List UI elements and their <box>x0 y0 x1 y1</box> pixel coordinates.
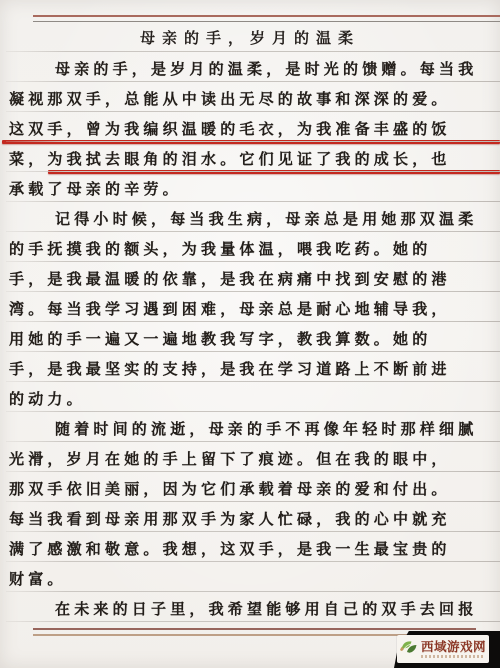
essay-line-row: 承载了母亲的辛劳。 <box>0 172 500 202</box>
green-leaves-logo-icon <box>399 638 419 660</box>
essay-line-text: 每当我看到母亲用那双手为家人忙碌，我的心中就充 <box>9 508 451 529</box>
essay-title-row: 母亲的手，岁月的温柔 <box>0 21 500 52</box>
essay-line-row: 手，是我最温暖的依靠，是我在病痛中找到安慰的港 <box>0 262 500 292</box>
essay-line-text: 母亲的手，是岁月的温柔，是时光的馈赠。每当我 <box>55 58 477 79</box>
essay-line-text: 的动力。 <box>9 388 86 409</box>
essay-line-text: 财富。 <box>9 568 67 589</box>
essay-line-text: 的手抚摸我的额头，为我量体温，喂我吃药。她的 <box>9 238 431 259</box>
essay-line-text: 在未来的日子里，我希望能够用自己的双手去回报 <box>55 598 477 619</box>
essay-line-text: 光滑，岁月在她的手上留下了痕迹。但在我的眼中， <box>9 448 451 469</box>
essay-line-text: 凝视那双手，总能从中读出无尽的故事和深深的爱。 <box>9 88 451 109</box>
essay-line-text: 记得小时候，每当我生病，母亲总是用她那双温柔 <box>55 208 477 229</box>
essay-line-row: 财富。 <box>0 562 500 592</box>
essay-line-text: 承载了母亲的辛劳。 <box>9 178 182 199</box>
essay-line-row: 这双手，曾为我编织温暖的毛衣，为我准备丰盛的饭 <box>0 112 500 142</box>
essay-line-row: 光滑，岁月在她的手上留下了痕迹。但在我的眼中， <box>0 442 500 472</box>
essay-line-row: 随着时间的流逝，母亲的手不再像年轻时那样细腻 <box>0 412 500 442</box>
notebook-page: 母亲的手，岁月的温柔 母亲的手，是岁月的温柔，是时光的馈赠。每当我凝视那双手，总… <box>0 0 500 668</box>
essay-line-row: 手，是我最坚实的支持，是我在学习道路上不断前进 <box>0 352 500 382</box>
essay-title: 母亲的手，岁月的温柔 <box>0 27 500 48</box>
essay-line-text: 随着时间的流逝，母亲的手不再像年轻时那样细腻 <box>55 418 477 439</box>
essay-line-text: 手，是我最坚实的支持，是我在学习道路上不断前进 <box>9 358 451 379</box>
essay-line-row: 的动力。 <box>0 382 500 412</box>
essay-line-text: 那双手依旧美丽，因为它们承载着母亲的爱和付出。 <box>9 478 451 499</box>
essay-line-text: 用她的手一遍又一遍地教我写字，教我算数。她的 <box>9 328 431 349</box>
essay-line-row: 记得小时候，每当我生病，母亲总是用她那双温柔 <box>0 202 500 232</box>
essay-line-row: 每当我看到母亲用那双手为家人忙碌，我的心中就充 <box>0 502 500 532</box>
essay-line-row: 凝视那双手，总能从中读出无尽的故事和深深的爱。 <box>0 82 500 112</box>
essay-line-text: 手，是我最温暖的依靠，是我在病痛中找到安慰的港 <box>9 268 451 289</box>
essay-line-text: 这双手，曾为我编织温暖的毛衣，为我准备丰盛的饭 <box>9 118 451 139</box>
essay-line-row: 用她的手一遍又一遍地教我写字，教我算数。她的 <box>0 322 500 352</box>
essay-body: 母亲的手，岁月的温柔 母亲的手，是岁月的温柔，是时光的馈赠。每当我凝视那双手，总… <box>0 21 500 622</box>
essay-line-row: 菜，为我拭去眼角的泪水。它们见证了我的成长，也 <box>0 142 500 172</box>
watermark: 西域游戏网 <box>397 635 489 663</box>
essay-line-text: 菜，为我拭去眼角的泪水。它们见证了我的成长，也 <box>9 148 451 169</box>
essay-line-row: 在未来的日子里，我希望能够用自己的双手去回报 <box>0 592 500 622</box>
essay-line-text: 湾。每当我学习遇到困难，母亲总是耐心地辅导我， <box>9 298 451 319</box>
essay-line-text: 满了感激和敬意。我想，这双手，是我一生最宝贵的 <box>9 538 451 559</box>
essay-line-row: 满了感激和敬意。我想，这双手，是我一生最宝贵的 <box>0 532 500 562</box>
essay-line-row: 的手抚摸我的额头，为我量体温，喂我吃药。她的 <box>0 232 500 262</box>
watermark-caption-strip <box>421 655 483 658</box>
watermark-site-name: 西域游戏网 <box>421 640 486 653</box>
watermark-text-block: 西域游戏网 <box>421 640 486 658</box>
essay-line-row: 湾。每当我学习遇到困难，母亲总是耐心地辅导我， <box>0 292 500 322</box>
essay-line-row: 那双手依旧美丽，因为它们承载着母亲的爱和付出。 <box>0 472 500 502</box>
essay-line-row: 母亲的手，是岁月的温柔，是时光的馈赠。每当我 <box>0 52 500 82</box>
